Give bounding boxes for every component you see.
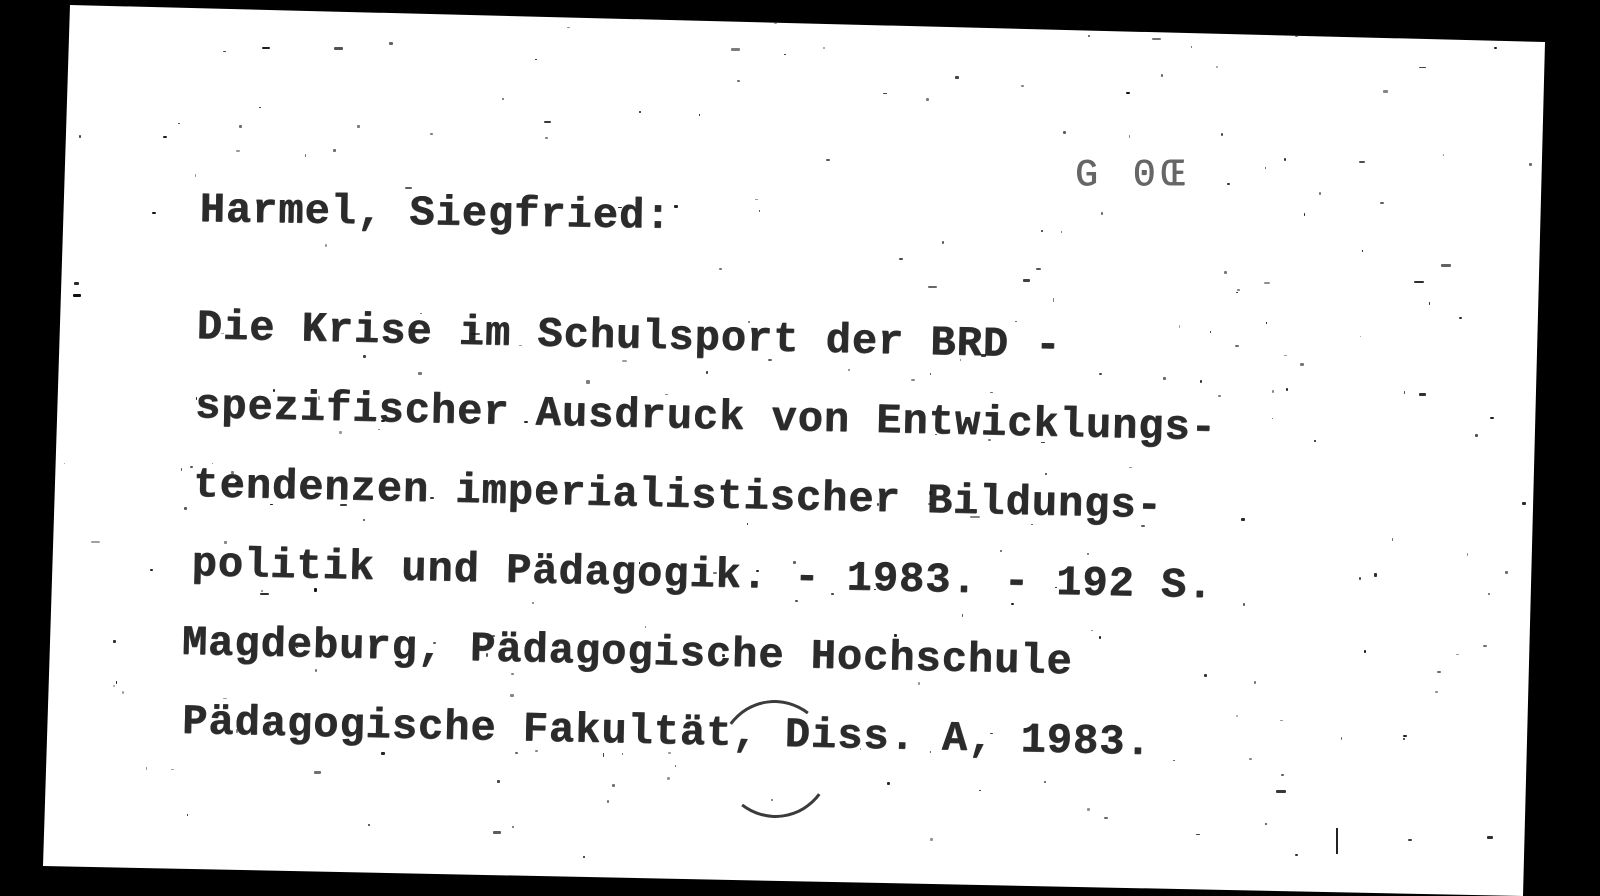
- noise-speck: [667, 777, 670, 780]
- noise-speck: [484, 719, 492, 721]
- noise-speck: [1241, 518, 1245, 521]
- noise-speck: [1090, 583, 1094, 585]
- noise-speck: [665, 394, 667, 395]
- noise-speck: [1467, 553, 1469, 556]
- noise-speck: [66, 35, 68, 37]
- noise-speck: [471, 333, 480, 335]
- noise-speck: [195, 174, 196, 177]
- title-line-2: spezifischer Ausdruck von Entwicklungs-: [195, 385, 1218, 450]
- noise-speck: [1023, 279, 1030, 282]
- noise-speck: [512, 826, 513, 827]
- noise-speck: [942, 241, 944, 244]
- noise-speck: [981, 354, 986, 357]
- noise-speck: [1392, 538, 1393, 541]
- noise-speck: [260, 593, 269, 595]
- noise-speck: [918, 682, 920, 685]
- noise-speck: [1522, 502, 1525, 505]
- noise-speck: [1276, 790, 1286, 793]
- noise-speck: [759, 210, 761, 212]
- noise-speck: [1236, 715, 1238, 717]
- title-line-3: tendenzen imperialistischer Bildungs-: [193, 464, 1216, 529]
- noise-speck: [357, 125, 360, 128]
- noise-speck: [674, 205, 677, 207]
- noise-speck: [1200, 380, 1201, 383]
- noise-speck: [1224, 271, 1227, 274]
- author-heading: Harmel, Siegfried:: [199, 186, 671, 241]
- noise-speck: [91, 541, 100, 544]
- noise-speck: [747, 523, 748, 525]
- noise-speck: [1087, 808, 1090, 811]
- noise-speck: [270, 504, 273, 505]
- noise-speck: [1161, 74, 1163, 77]
- noise-speck: [1403, 738, 1405, 740]
- noise-speck: [1266, 322, 1267, 324]
- scan-stage: G 0Œ Harmel, Siegfried: Die Krise im Sch…: [0, 0, 1600, 896]
- noise-speck: [73, 294, 80, 297]
- noise-speck: [1314, 440, 1316, 441]
- noise-speck: [1227, 183, 1230, 185]
- noise-speck: [826, 159, 830, 161]
- noise-speck: [1041, 230, 1042, 232]
- noise-speck: [1459, 317, 1461, 319]
- noise-speck: [1021, 85, 1024, 87]
- title-line-1: Die Krise im Schulsport der BRD -: [196, 306, 1219, 371]
- noise-speck: [1064, 667, 1068, 668]
- noise-speck: [231, 471, 233, 474]
- noise-speck: [1286, 388, 1288, 391]
- noise-speck: [325, 244, 327, 247]
- noise-speck: [181, 468, 182, 471]
- noise-speck: [1435, 691, 1439, 692]
- noise-speck: [1380, 202, 1384, 204]
- noise-speck: [1475, 434, 1477, 437]
- noise-speck: [1358, 26, 1365, 28]
- noise-speck: [535, 59, 538, 61]
- noise-speck: [1221, 133, 1224, 136]
- noise-speck: [486, 653, 488, 656]
- noise-speck: [970, 516, 980, 518]
- noise-speck: [1364, 650, 1367, 652]
- noise-speck: [774, 21, 777, 24]
- noise-speck: [236, 150, 240, 152]
- noise-speck: [1099, 373, 1102, 375]
- noise-speck: [74, 282, 79, 285]
- noise-speck: [524, 421, 527, 423]
- noise-speck: [699, 114, 700, 116]
- noise-speck: [1403, 735, 1407, 737]
- noise-speck: [1173, 760, 1175, 761]
- noise-speck: [305, 154, 307, 157]
- noise-speck: [1359, 161, 1365, 163]
- title-line-4: politik und Pädagogik. - 1983. - 192 S.: [191, 543, 1214, 608]
- call-number: G 0Œ: [1075, 154, 1190, 197]
- noise-speck: [146, 767, 147, 770]
- noise-speck: [1235, 345, 1239, 348]
- noise-speck: [259, 107, 261, 108]
- noise-speck: [1419, 393, 1426, 396]
- noise-speck: [239, 125, 242, 128]
- noise-speck: [381, 420, 385, 421]
- noise-speck: [418, 372, 422, 375]
- noise-speck: [1483, 645, 1487, 648]
- noise-speck: [784, 54, 787, 55]
- noise-speck: [955, 76, 959, 79]
- noise-speck: [262, 47, 270, 49]
- noise-speck: [894, 634, 897, 637]
- noise-speck: [622, 753, 623, 755]
- noise-speck: [366, 398, 370, 399]
- noise-speck: [768, 359, 772, 361]
- noise-speck: [1264, 282, 1270, 285]
- noise-speck: [719, 268, 722, 271]
- noise-speck: [1341, 737, 1342, 740]
- noise-speck: [737, 80, 740, 83]
- noise-speck: [1216, 66, 1219, 69]
- noise-speck: [607, 800, 609, 802]
- noise-speck: [545, 137, 548, 139]
- noise-speck: [1179, 325, 1180, 328]
- noise-speck: [1362, 250, 1363, 252]
- noise-speck: [988, 439, 991, 441]
- noise-speck: [823, 47, 826, 48]
- noise-speck: [639, 111, 641, 114]
- noise-speck: [1129, 135, 1130, 138]
- noise-speck: [1104, 817, 1108, 819]
- noise-speck: [1295, 35, 1298, 37]
- noise-speck: [1487, 836, 1493, 839]
- noise-speck: [79, 135, 81, 138]
- bibliographic-entry: Die Krise im Schulsport der BRD - spezif…: [187, 270, 1220, 802]
- noise-speck: [587, 668, 589, 669]
- noise-speck: [1419, 67, 1426, 68]
- noise-speck: [1414, 281, 1424, 283]
- noise-speck: [1295, 854, 1298, 856]
- noise-speck: [603, 753, 604, 756]
- noise-speck: [990, 392, 993, 394]
- noise-speck: [1383, 90, 1389, 93]
- noise-speck: [315, 669, 317, 672]
- noise-speck: [1163, 377, 1165, 380]
- noise-speck: [224, 541, 227, 543]
- noise-speck: [184, 507, 186, 510]
- noise-speck: [1490, 417, 1493, 419]
- noise-speck: [152, 212, 156, 214]
- noise-speck: [1191, 46, 1192, 48]
- noise-speck: [333, 149, 336, 152]
- noise-speck: [368, 824, 371, 826]
- noise-speck: [962, 614, 963, 616]
- noise-speck: [883, 93, 887, 94]
- noise-speck: [430, 133, 433, 135]
- noise-speck: [1443, 154, 1444, 156]
- noise-speck: [493, 831, 500, 834]
- noise-speck: [1300, 363, 1304, 365]
- publication-line: Magdeburg, Pädagogische Hochschule: [181, 622, 1212, 687]
- noise-speck: [1494, 47, 1496, 48]
- noise-speck: [1272, 418, 1273, 419]
- noise-speck: [1126, 92, 1130, 94]
- noise-speck: [1284, 158, 1286, 161]
- noise-speck: [1272, 390, 1274, 393]
- noise-speck: [930, 838, 933, 841]
- noise-speck: [1061, 231, 1062, 232]
- noise-speck: [122, 691, 123, 694]
- noise-speck: [645, 626, 646, 628]
- noise-speck: [190, 466, 192, 468]
- noise-speck: [163, 136, 167, 138]
- noise-speck: [755, 199, 758, 200]
- edge-mark: [805, 6, 807, 16]
- noise-speck: [1265, 823, 1267, 825]
- noise-speck: [1265, 167, 1266, 169]
- noise-speck: [510, 694, 514, 697]
- noise-speck: [586, 380, 590, 383]
- noise-speck: [929, 491, 931, 494]
- noise-speck: [1088, 35, 1089, 38]
- noise-speck: [502, 98, 504, 100]
- noise-speck: [178, 123, 180, 124]
- noise-speck: [223, 51, 226, 52]
- noise-speck: [1360, 336, 1362, 337]
- noise-speck: [748, 321, 749, 323]
- noise-speck: [928, 503, 931, 505]
- noise-speck: [1281, 774, 1284, 776]
- catalog-card: G 0Œ Harmel, Siegfried: Die Krise im Sch…: [0, 0, 1600, 896]
- noise-speck: [340, 504, 347, 506]
- noise-speck: [1408, 839, 1412, 841]
- noise-speck: [795, 600, 798, 602]
- noise-speck: [1196, 834, 1200, 836]
- noise-speck: [1529, 163, 1532, 166]
- noise-speck: [583, 856, 585, 858]
- noise-speck: [1254, 681, 1255, 684]
- noise-speck: [334, 47, 343, 50]
- noise-speck: [532, 602, 534, 604]
- noise-speck: [1280, 720, 1283, 721]
- noise-speck: [1091, 630, 1093, 631]
- noise-speck: [318, 396, 320, 399]
- noise-speck: [1304, 213, 1306, 216]
- noise-speck: [236, 729, 237, 732]
- noise-speck: [899, 258, 903, 260]
- noise-speck: [1374, 573, 1376, 576]
- noise-speck: [612, 784, 615, 787]
- noise-speck: [150, 569, 153, 571]
- noise-speck: [1152, 38, 1161, 41]
- noise-speck: [851, 569, 854, 571]
- noise-speck: [171, 769, 174, 770]
- noise-speck: [314, 771, 321, 774]
- noise-speck: [877, 503, 879, 506]
- noise-speck: [1101, 212, 1103, 214]
- noise-speck: [930, 373, 931, 375]
- noise-speck: [1404, 391, 1405, 394]
- noise-speck: [389, 42, 393, 45]
- noise-speck: [911, 379, 915, 381]
- noise-speck: [567, 27, 570, 28]
- noise-speck: [1236, 292, 1238, 293]
- noise-speck: [1218, 395, 1221, 397]
- noise-speck: [116, 681, 117, 684]
- noise-speck: [1243, 603, 1245, 606]
- noise-speck: [1419, 30, 1423, 33]
- noise-speck: [1036, 268, 1041, 270]
- noise-speck: [926, 98, 929, 101]
- noise-speck: [363, 355, 366, 358]
- noise-speck: [731, 48, 740, 51]
- noise-speck: [1319, 192, 1321, 194]
- noise-speck: [706, 371, 708, 374]
- noise-speck: [1429, 302, 1430, 305]
- noise-speck: [1441, 264, 1451, 267]
- noise-speck: [405, 187, 412, 189]
- noise-speck: [1359, 577, 1361, 580]
- noise-speck: [430, 497, 434, 499]
- noise-speck: [497, 780, 499, 782]
- noise-speck: [1456, 654, 1459, 655]
- noise-speck: [1063, 131, 1066, 134]
- faculty-line: Pädagogische Fakultät, Diss. A, 1983.: [182, 701, 1211, 766]
- noise-speck: [793, 561, 796, 564]
- noise-speck: [113, 640, 116, 643]
- edge-mark: [1336, 828, 1338, 854]
- noise-speck: [756, 570, 759, 572]
- noise-speck: [113, 685, 114, 686]
- noise-speck: [1488, 593, 1490, 595]
- noise-speck: [1284, 355, 1287, 356]
- noise-speck: [668, 752, 671, 753]
- noise-speck: [1505, 571, 1508, 574]
- noise-speck: [187, 814, 188, 816]
- noise-speck: [544, 121, 551, 123]
- noise-speck: [1249, 758, 1252, 760]
- noise-speck: [1237, 289, 1240, 291]
- noise-speck: [1099, 636, 1101, 639]
- noise-speck: [1041, 442, 1045, 443]
- noise-speck: [381, 752, 385, 755]
- noise-speck: [64, 463, 65, 464]
- noise-speck: [489, 418, 491, 420]
- noise-speck: [314, 588, 316, 591]
- noise-speck: [1437, 671, 1440, 673]
